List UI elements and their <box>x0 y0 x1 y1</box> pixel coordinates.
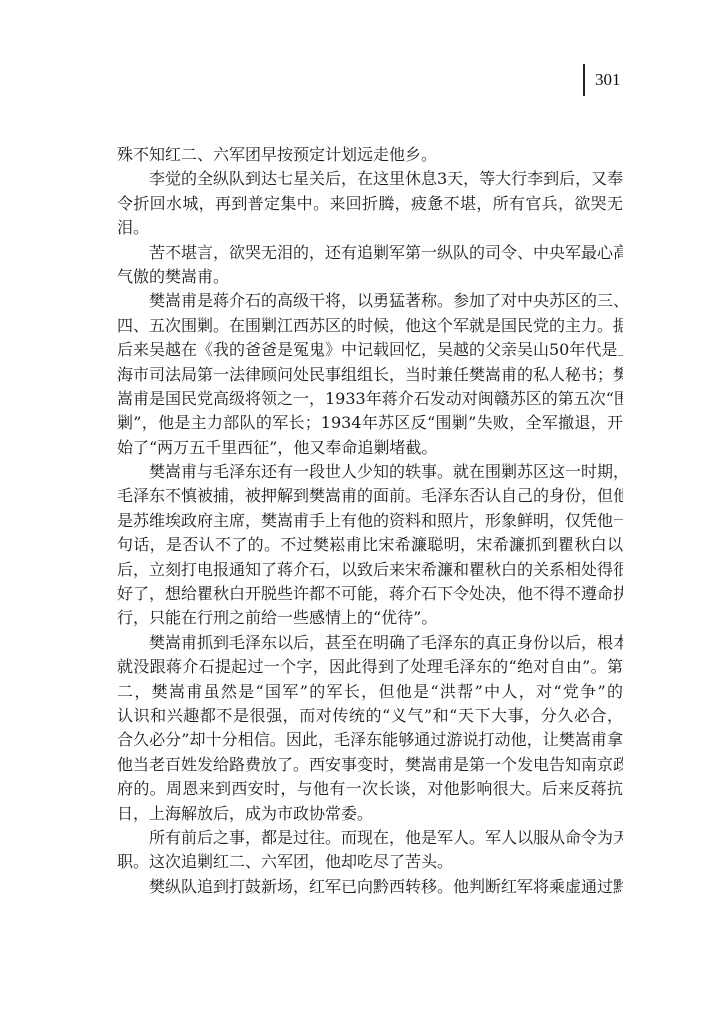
text-line: 合久必分”却十分相信。因此，毛泽东能够通过游说打动他，让樊嵩甫拿 <box>117 728 623 752</box>
body-text: 殊不知红二、六军团早按预定计划远走他乡。 李觉的全纵队到达七星关后，在这里休息3… <box>117 143 623 899</box>
text-line: 嵩甫是国民党高级将领之一，1933年蒋介石发动对闽赣苏区的第五次“围 <box>117 387 623 411</box>
text-line: 令折回水城，再到普定集中。来回折腾，疲惫不堪，所有官兵，欲哭无 <box>117 192 623 216</box>
text-line: 李觉的全纵队到达七星关后，在这里休息3天，等大行李到后，又奉 <box>117 167 623 191</box>
text-line: 泪。 <box>117 216 623 240</box>
text-line: 气傲的樊嵩甫。 <box>117 265 623 289</box>
text-line: 他当老百姓发给路费放了。西安事变时，樊嵩甫是第一个发电告知南京政 <box>117 753 623 777</box>
text-line: 二，樊嵩甫虽然是“国军”的军长，但他是“洪帮”中人，对“党争”的 <box>117 680 623 704</box>
text-line: 樊嵩甫抓到毛泽东以后，甚至在明确了毛泽东的真正身份以后，根本 <box>117 631 623 655</box>
text-line: 四、五次围剿。在围剿江西苏区的时候，他这个军就是国民党的主力。据 <box>117 314 623 338</box>
text-line: 樊纵队追到打鼓新场，红军已向黔西转移。他判断红军将乘虚通过黔 <box>117 875 623 899</box>
text-line: 海市司法局第一法律顾问处民事组组长，当时兼任樊嵩甫的私人秘书；樊 <box>117 363 623 387</box>
text-line: 是苏维埃政府主席，樊嵩甫手上有他的资料和照片，形象鲜明，仅凭他一 <box>117 509 623 533</box>
text-line: 殊不知红二、六军团早按预定计划远走他乡。 <box>117 143 623 167</box>
text-line: 职。这次追剿红二、六军团，他却吃尽了苦头。 <box>117 850 623 874</box>
text-line: 樊嵩甫与毛泽东还有一段世人少知的轶事。就在围剿苏区这一时期， <box>117 460 623 484</box>
page-number: 301 <box>595 70 621 90</box>
text-line: 后来吴越在《我的爸爸是冤鬼》中记载回忆，吴越的父亲吴山50年代是上 <box>117 338 623 362</box>
text-line: 毛泽东不慎被捕，被押解到樊嵩甫的面前。毛泽东否认自己的身份，但他 <box>117 484 623 508</box>
text-line: 行，只能在行刑之前给一些感情上的“优待”。 <box>117 606 623 630</box>
text-line: 始了“两万五千里西征”，他又奉命追剿堵截。 <box>117 436 623 460</box>
text-line: 樊嵩甫是蒋介石的高级干将，以勇猛著称。参加了对中央苏区的三、 <box>117 289 623 313</box>
text-line: 认识和兴趣都不是很强，而对传统的“义气”和“天下大事，分久必合， <box>117 704 623 728</box>
text-line: 句话，是否认不了的。不过樊崧甫比宋希濂聪明，宋希濂抓到瞿秋白以 <box>117 533 623 557</box>
text-line: 日，上海解放后，成为市政协常委。 <box>117 802 623 826</box>
text-line: 府的。周恩来到西安时，与他有一次长谈，对他影响很大。后来反蒋抗 <box>117 777 623 801</box>
header-divider <box>583 64 585 96</box>
text-line: 所有前后之事，都是过往。而现在，他是军人。军人以服从命令为天 <box>117 826 623 850</box>
text-line: 就没跟蒋介石提起过一个字，因此得到了处理毛泽东的“绝对自由”。第 <box>117 655 623 679</box>
text-line: 苦不堪言，欲哭无泪的，还有追剿军第一纵队的司令、中央军最心高 <box>117 241 623 265</box>
page-header: 301 <box>583 64 621 96</box>
text-line: 好了，想给瞿秋白开脱些许都不可能，蒋介石下令处决，他不得不遵命执 <box>117 582 623 606</box>
text-line: 剿”，他是主力部队的军长；1934年苏区反“围剿”失败，全军撤退，开 <box>117 411 623 435</box>
text-line: 后，立刻打电报通知了蒋介石，以致后来宋希濂和瞿秋白的关系相处得很 <box>117 558 623 582</box>
